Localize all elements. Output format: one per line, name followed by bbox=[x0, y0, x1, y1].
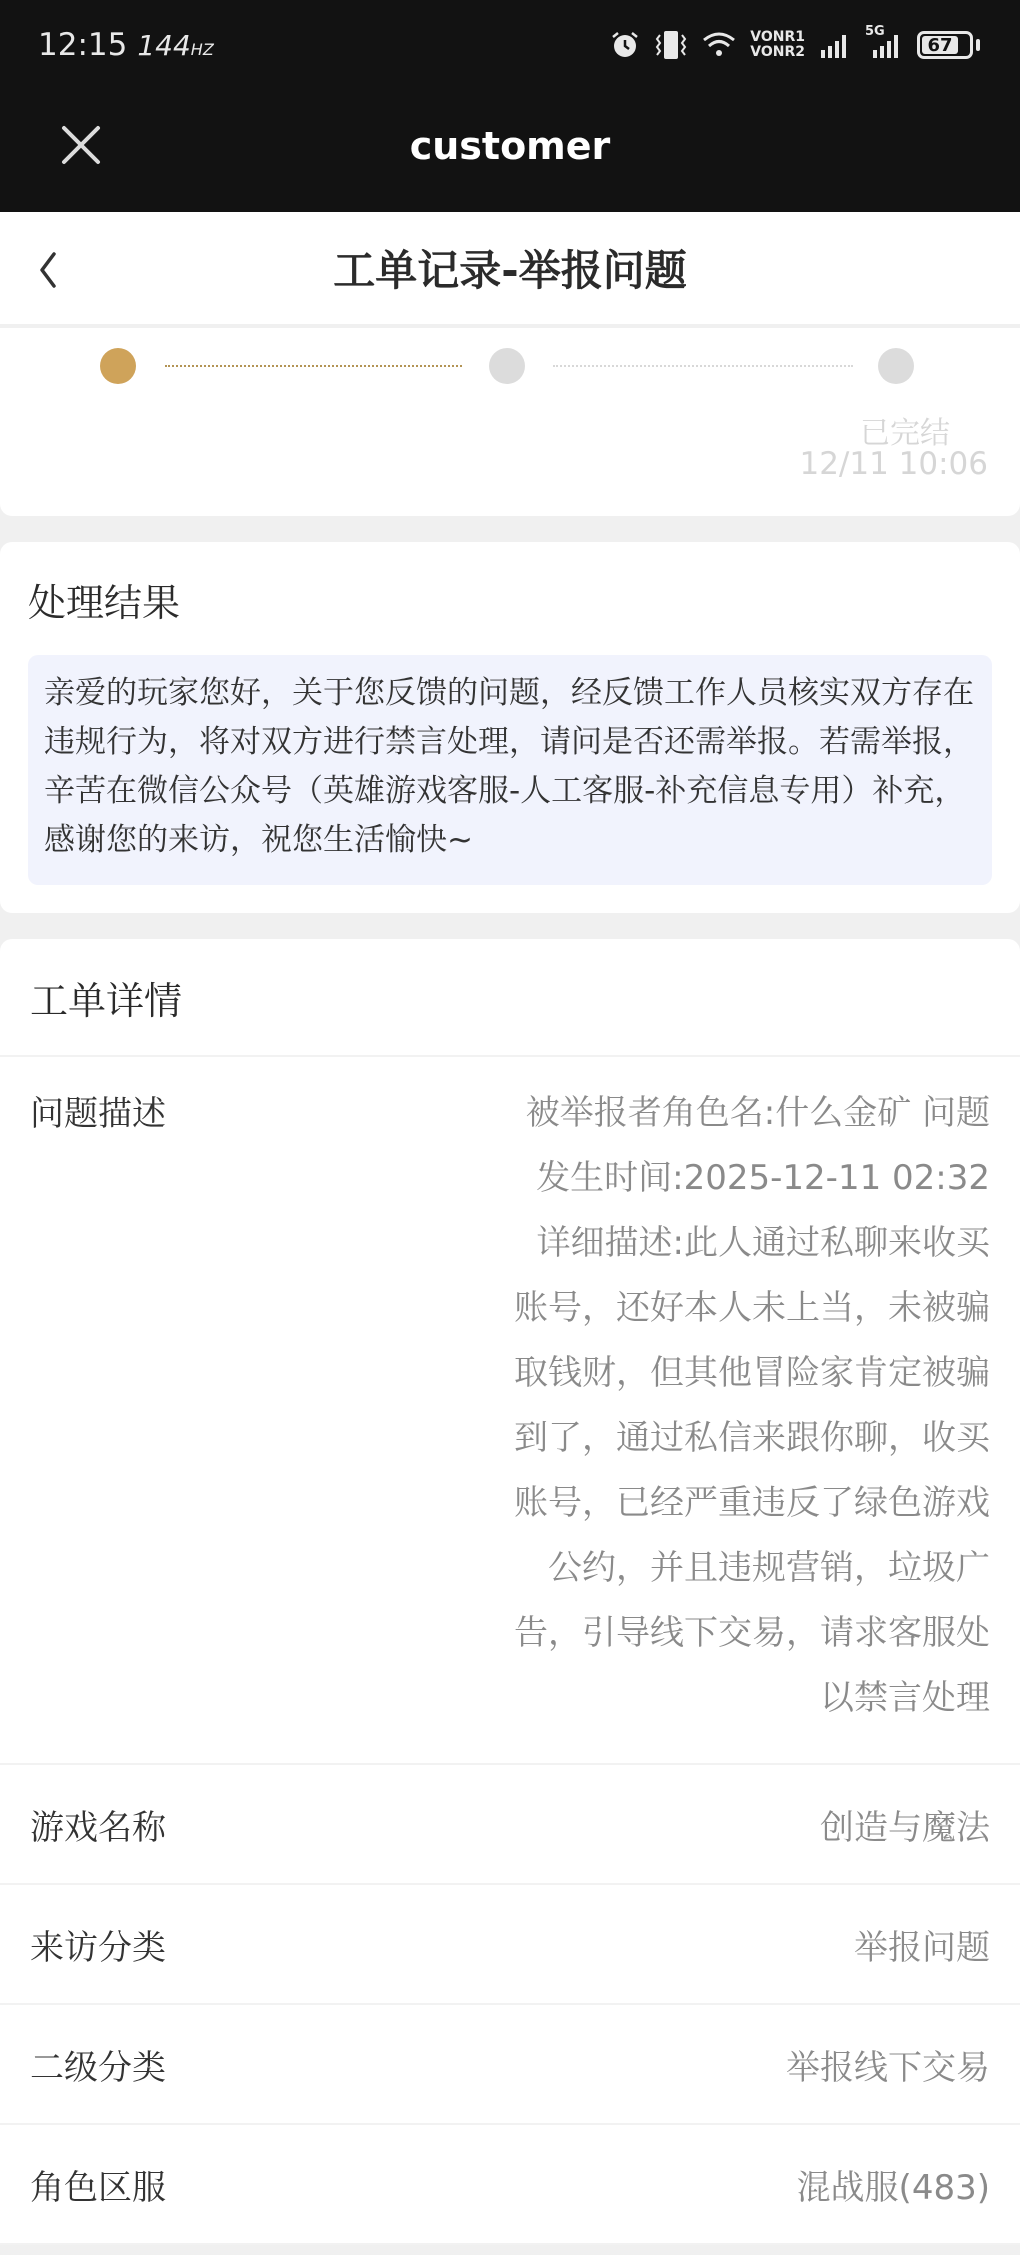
detail-row-visit-category: 来访分类 举报问题 bbox=[0, 1885, 1020, 2005]
detail-row-subcategory: 二级分类 举报线下交易 bbox=[0, 2005, 1020, 2125]
vonr-indicator: VONR1 VONR2 bbox=[750, 30, 805, 60]
row-value: 被举报者角色名:什么金矿 问题发生时间:2025-12-11 02:32 详细描… bbox=[510, 1081, 990, 1731]
row-value: 创造与魔法 bbox=[820, 1800, 990, 1849]
step-dot-completed bbox=[878, 348, 914, 384]
row-value: 混战服(483) bbox=[797, 2160, 990, 2209]
row-label: 角色区服 bbox=[30, 2160, 166, 2209]
step-time-completed: 12/11 10:06 bbox=[799, 446, 988, 482]
step-line-2 bbox=[553, 365, 853, 367]
clock: 12:15 bbox=[38, 27, 127, 63]
row-label: 游戏名称 bbox=[30, 1800, 166, 1849]
wifi-icon bbox=[702, 30, 736, 60]
alarm-icon bbox=[610, 30, 640, 60]
signal-icon-5g: 5G bbox=[865, 32, 903, 58]
progress-card: 已完结 12/11 10:06 bbox=[0, 328, 1020, 516]
row-value: 举报线下交易 bbox=[786, 2040, 990, 2089]
battery-icon: 67 bbox=[917, 31, 980, 59]
row-label: 二级分类 bbox=[30, 2040, 166, 2089]
detail-row-game-name: 游戏名称 创造与魔法 bbox=[0, 1765, 1020, 1885]
progress-steps: 已完结 12/11 10:06 bbox=[0, 328, 1020, 516]
detail-row-description: 问题描述 被举报者角色名:什么金矿 问题发生时间:2025-12-11 02:3… bbox=[0, 1057, 1020, 1765]
detail-title: 工单详情 bbox=[30, 970, 182, 1025]
refresh-rate: 144HZ bbox=[137, 29, 213, 62]
result-card: 处理结果 亲爱的玩家您好，关于您反馈的问题，经反馈工作人员核实双方存在违规行为，… bbox=[0, 542, 1020, 913]
status-icons: VONR1 VONR2 5G 67 bbox=[610, 29, 980, 61]
page-title: 工单记录-举报问题 bbox=[333, 238, 686, 298]
step-line-1 bbox=[165, 365, 462, 367]
signal-icon-1 bbox=[819, 32, 851, 58]
status-left: 12:15 144HZ bbox=[38, 27, 214, 63]
detail-card: 工单详情 问题描述 被举报者角色名:什么金矿 问题发生时间:2025-12-11… bbox=[0, 939, 1020, 2245]
app-bar: customer bbox=[0, 90, 1020, 212]
row-label: 来访分类 bbox=[30, 1920, 166, 1969]
app-title: customer bbox=[410, 124, 611, 168]
status-bar: 12:15 144HZ VONR1 VONR2 5G 67 bbox=[0, 0, 1020, 90]
nav-bar: 工单记录-举报问题 bbox=[0, 212, 1020, 324]
step-dot-processing bbox=[489, 348, 525, 384]
result-title: 处理结果 bbox=[28, 572, 992, 627]
result-message: 亲爱的玩家您好，关于您反馈的问题，经反馈工作人员核实双方存在违规行为，将对双方进… bbox=[28, 655, 992, 885]
step-dot-submitted bbox=[100, 348, 136, 384]
detail-header: 工单详情 bbox=[0, 939, 1020, 1057]
row-label: 问题描述 bbox=[30, 1089, 166, 1139]
close-icon[interactable] bbox=[56, 120, 106, 170]
chevron-left-icon[interactable] bbox=[34, 248, 64, 292]
detail-row-server: 角色区服 混战服(483) bbox=[0, 2125, 1020, 2245]
vibrate-icon bbox=[654, 29, 688, 61]
row-value: 举报问题 bbox=[854, 1920, 990, 1969]
